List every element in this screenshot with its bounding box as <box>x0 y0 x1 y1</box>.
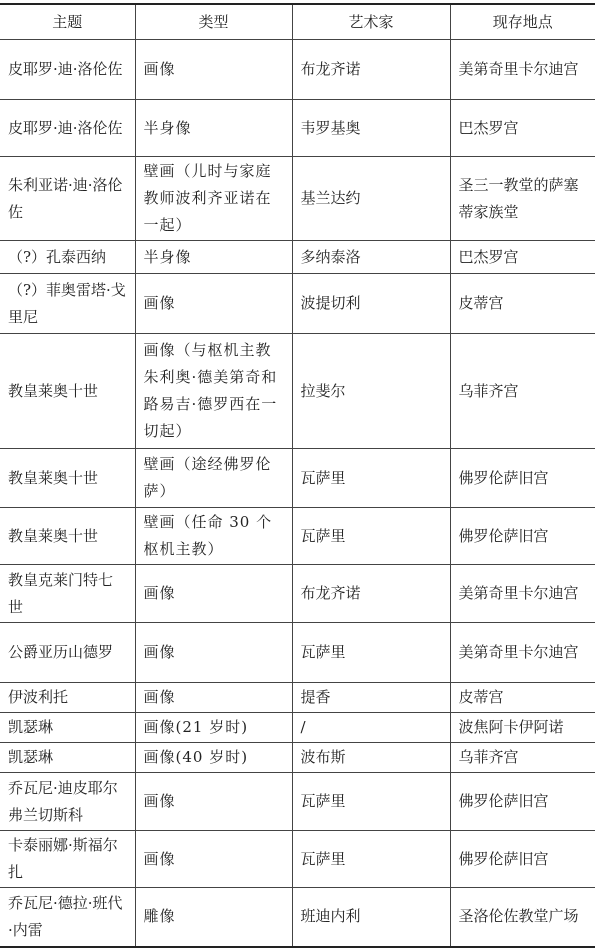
cell-subject: 卡泰丽娜·斯福尔扎 <box>0 831 135 888</box>
cell-type: 画像（与枢机主教朱利奥·德美第奇和路易吉·德罗西在一切起） <box>135 334 292 449</box>
cell-type: 画像 <box>135 40 292 100</box>
cell-artist: 布龙齐诺 <box>292 565 450 623</box>
cell-location: 美第奇里卡尔迪宫 <box>450 40 595 100</box>
table-header-row: 主题 类型 艺术家 现存地点 <box>0 4 595 40</box>
cell-subject: 教皇克莱门特七世 <box>0 565 135 623</box>
cell-type: 半身像 <box>135 100 292 157</box>
table-row: 教皇莱奥十世 画像（与枢机主教朱利奥·德美第奇和路易吉·德罗西在一切起） 拉斐尔… <box>0 334 595 449</box>
cell-artist: 瓦萨里 <box>292 773 450 831</box>
cell-artist: 基兰达约 <box>292 157 450 241</box>
table-row: （?）菲奥雷塔·戈里尼 画像 波提切利 皮蒂宫 <box>0 274 595 334</box>
cell-location: 乌菲齐宫 <box>450 334 595 449</box>
table-row: （?）孔泰西纳 半身像 多纳泰洛 巴杰罗宫 <box>0 241 595 274</box>
cell-location: 美第奇里卡尔迪宫 <box>450 565 595 623</box>
cell-type: 画像 <box>135 565 292 623</box>
portrait-table: 主题 类型 艺术家 现存地点 皮耶罗·迪·洛伦佐 画像 布龙齐诺 美第奇里卡尔迪… <box>0 3 595 939</box>
table-row: 伊波利托 画像 提香 皮蒂宫 <box>0 683 595 713</box>
cell-artist: 拉斐尔 <box>292 334 450 449</box>
cell-type: 画像(21 岁时) <box>135 713 292 743</box>
cell-subject: 乔瓦尼·迪皮耶尔弗兰切斯科 <box>0 773 135 831</box>
cell-type: 画像 <box>135 274 292 334</box>
cell-location: 圣三一教堂的萨塞蒂家族堂 <box>450 157 595 241</box>
cell-type: 半身像 <box>135 241 292 274</box>
table-row: 公爵亚历山德罗 画像 瓦萨里 美第奇里卡尔迪宫 <box>0 623 595 683</box>
cell-subject: 凯瑟琳 <box>0 743 135 773</box>
cell-location: 乌菲齐宫 <box>450 743 595 773</box>
cell-location: 圣洛伦佐教堂广场 <box>450 888 595 940</box>
cell-subject: 教皇莱奥十世 <box>0 508 135 565</box>
table-row: 教皇莱奥十世 壁画（途经佛罗伦萨） 瓦萨里 佛罗伦萨旧宫 <box>0 449 595 508</box>
cell-artist: / <box>292 713 450 743</box>
cell-artist: 布龙齐诺 <box>292 40 450 100</box>
table-row: 凯瑟琳 画像(21 岁时) / 波焦阿卡伊阿诺 <box>0 713 595 743</box>
header-location: 现存地点 <box>450 4 595 40</box>
cell-artist: 多纳泰洛 <box>292 241 450 274</box>
cell-type: 画像 <box>135 773 292 831</box>
cell-artist: 瓦萨里 <box>292 508 450 565</box>
table-row: 教皇莱奥十世 壁画（任命 30 个枢机主教） 瓦萨里 佛罗伦萨旧宫 <box>0 508 595 565</box>
cell-location: 佛罗伦萨旧宫 <box>450 508 595 565</box>
cell-location: 佛罗伦萨旧宫 <box>450 831 595 888</box>
table-row: 卡泰丽娜·斯福尔扎 画像 瓦萨里 佛罗伦萨旧宫 <box>0 831 595 888</box>
cell-type: 画像 <box>135 623 292 683</box>
cell-location: 美第奇里卡尔迪宫 <box>450 623 595 683</box>
table-row: 凯瑟琳 画像(40 岁时) 波布斯 乌菲齐宫 <box>0 743 595 773</box>
cell-subject: 凯瑟琳 <box>0 713 135 743</box>
cell-type: 雕像 <box>135 888 292 940</box>
table-row: 乔瓦尼·德拉·班代·内雷 雕像 班迪内利 圣洛伦佐教堂广场 <box>0 888 595 940</box>
table-row: 皮耶罗·迪·洛伦佐 半身像 韦罗基奥 巴杰罗宫 <box>0 100 595 157</box>
table-row: 朱利亚诺·迪·洛伦佐 壁画（儿时与家庭教师波利齐亚诺在一起） 基兰达约 圣三一教… <box>0 157 595 241</box>
cell-type: 壁画（任命 30 个枢机主教） <box>135 508 292 565</box>
cell-subject: （?）孔泰西纳 <box>0 241 135 274</box>
cell-artist: 瓦萨里 <box>292 623 450 683</box>
cell-artist: 波布斯 <box>292 743 450 773</box>
table-row: 教皇克莱门特七世 画像 布龙齐诺 美第奇里卡尔迪宫 <box>0 565 595 623</box>
cell-type: 壁画（儿时与家庭教师波利齐亚诺在一起） <box>135 157 292 241</box>
cell-location: 皮蒂宫 <box>450 683 595 713</box>
cell-artist: 波提切利 <box>292 274 450 334</box>
cell-type: 画像(40 岁时) <box>135 743 292 773</box>
cell-type: 画像 <box>135 683 292 713</box>
table-row: 乔瓦尼·迪皮耶尔弗兰切斯科 画像 瓦萨里 佛罗伦萨旧宫 <box>0 773 595 831</box>
cell-subject: 皮耶罗·迪·洛伦佐 <box>0 40 135 100</box>
cell-location: 皮蒂宫 <box>450 274 595 334</box>
header-subject: 主题 <box>0 4 135 40</box>
cell-subject: 皮耶罗·迪·洛伦佐 <box>0 100 135 157</box>
cell-location: 佛罗伦萨旧宫 <box>450 449 595 508</box>
cell-location: 波焦阿卡伊阿诺 <box>450 713 595 743</box>
cell-subject: 教皇莱奥十世 <box>0 334 135 449</box>
cell-subject: 乔瓦尼·德拉·班代·内雷 <box>0 888 135 940</box>
cell-subject: 教皇莱奥十世 <box>0 449 135 508</box>
cell-location: 巴杰罗宫 <box>450 241 595 274</box>
cell-artist: 瓦萨里 <box>292 831 450 888</box>
cell-type: 画像 <box>135 831 292 888</box>
cell-artist: 瓦萨里 <box>292 449 450 508</box>
cell-subject: 伊波利托 <box>0 683 135 713</box>
cell-location: 佛罗伦萨旧宫 <box>450 773 595 831</box>
cell-artist: 韦罗基奥 <box>292 100 450 157</box>
cell-subject: 公爵亚历山德罗 <box>0 623 135 683</box>
cell-subject: 朱利亚诺·迪·洛伦佐 <box>0 157 135 241</box>
header-artist: 艺术家 <box>292 4 450 40</box>
cell-artist: 班迪内利 <box>292 888 450 940</box>
cell-type: 壁画（途经佛罗伦萨） <box>135 449 292 508</box>
cell-artist: 提香 <box>292 683 450 713</box>
cell-location: 巴杰罗宫 <box>450 100 595 157</box>
table-row: 皮耶罗·迪·洛伦佐 画像 布龙齐诺 美第奇里卡尔迪宫 <box>0 40 595 100</box>
cell-subject: （?）菲奥雷塔·戈里尼 <box>0 274 135 334</box>
header-type: 类型 <box>135 4 292 40</box>
